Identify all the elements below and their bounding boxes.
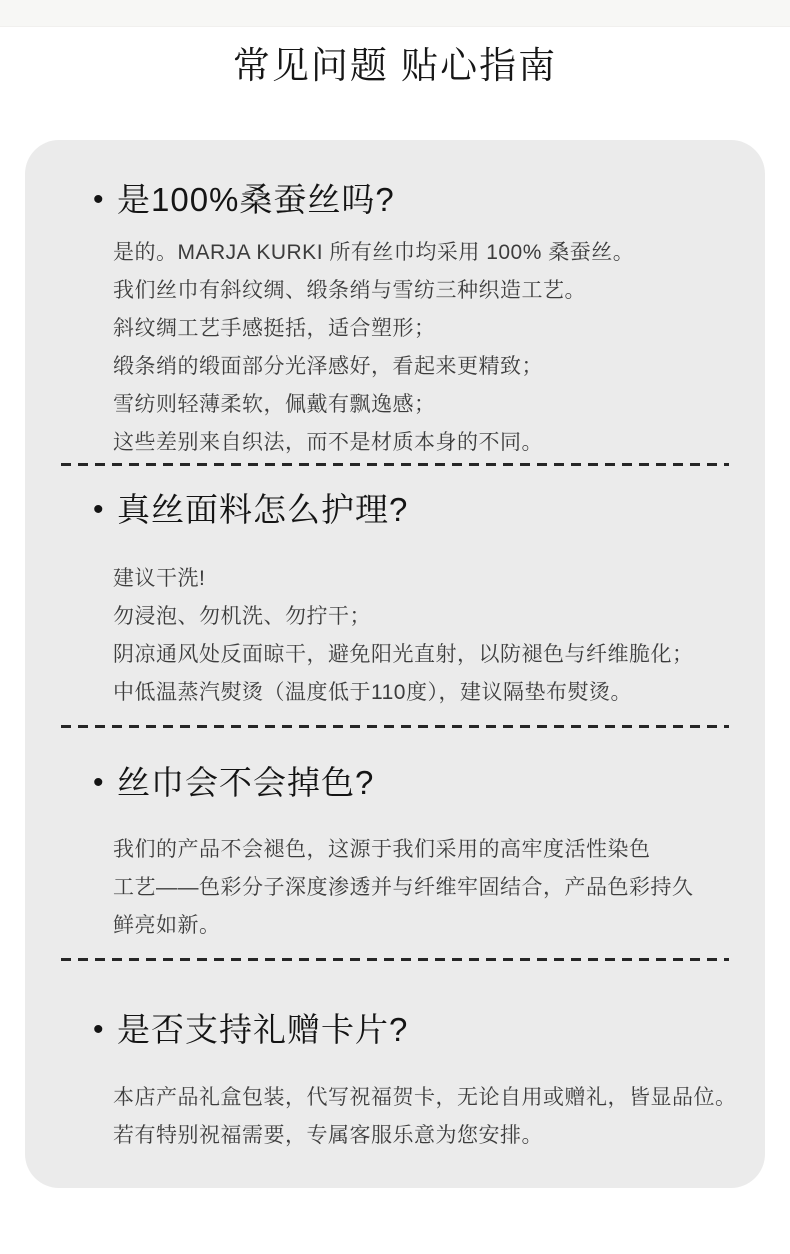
answer-line: 斜纹绸工艺手感挺括，适合塑形； (113, 310, 727, 348)
dashed-divider (61, 725, 729, 728)
dashed-divider (61, 463, 729, 466)
bullet-icon: • (93, 765, 117, 801)
bullet-icon: • (93, 1012, 117, 1048)
answer-line: 本店产品礼盒包装，代写祝福贺卡，无论自用或赠礼，皆显品位。 (113, 1079, 727, 1117)
question-text: 是否支持礼赠卡片? (117, 1012, 408, 1048)
faq-answer: 建议干洗! 勿浸泡、勿机洗、勿拧干； 阴凉通风处反面晾干，避免阳光直射，以防褪色… (93, 560, 727, 712)
question-text: 是100%桑蚕丝吗? (117, 182, 395, 218)
answer-line: 建议干洗! (113, 560, 727, 598)
answer-line: 工艺——色彩分子深度渗透并与纤维牢固结合，产品色彩持久 (113, 869, 727, 907)
answer-line: 我们的产品不会褪色，这源于我们采用的高牢度活性染色 (113, 831, 727, 869)
question-text: 真丝面料怎么护理? (117, 492, 408, 528)
answer-line: 鲜亮如新。 (113, 907, 727, 945)
faq-answer: 我们的产品不会褪色，这源于我们采用的高牢度活性染色 工艺——色彩分子深度渗透并与… (93, 831, 727, 945)
answer-line: 缎条绡的缎面部分光泽感好，看起来更精致； (113, 348, 727, 386)
answer-line: 若有特别祝福需要，专属客服乐意为您安排。 (113, 1117, 727, 1155)
previous-section-edge (0, 0, 790, 27)
faq-question: • 是否支持礼赠卡片? (93, 1012, 727, 1048)
faq-section-care: • 真丝面料怎么护理? 建议干洗! 勿浸泡、勿机洗、勿拧干； 阴凉通风处反面晾干… (93, 492, 727, 712)
bullet-icon: • (93, 492, 117, 528)
answer-line: 阴凉通风处反面晾干，避免阳光直射，以防褪色与纤维脆化； (113, 636, 727, 674)
faq-section-silk-material: • 是100%桑蚕丝吗? 是的。MARJA KURKI 所有丝巾均采用 100%… (93, 182, 727, 462)
faq-section-gift-card: • 是否支持礼赠卡片? 本店产品礼盒包装，代写祝福贺卡，无论自用或赠礼，皆显品位… (93, 1012, 727, 1155)
faq-card: • 是100%桑蚕丝吗? 是的。MARJA KURKI 所有丝巾均采用 100%… (25, 140, 765, 1188)
answer-line: 这些差别来自织法，而不是材质本身的不同。 (113, 424, 727, 462)
faq-question: • 丝巾会不会掉色? (93, 765, 727, 801)
faq-section-color-fastness: • 丝巾会不会掉色? 我们的产品不会褪色，这源于我们采用的高牢度活性染色 工艺—… (93, 765, 727, 945)
answer-line: 勿浸泡、勿机洗、勿拧干； (113, 598, 727, 636)
faq-answer: 本店产品礼盒包装，代写祝福贺卡，无论自用或赠礼，皆显品位。 若有特别祝福需要，专… (93, 1079, 727, 1155)
answer-line: 雪纺则轻薄柔软，佩戴有飘逸感； (113, 386, 727, 424)
answer-line: 我们丝巾有斜纹绸、缎条绡与雪纺三种织造工艺。 (113, 272, 727, 310)
answer-line: 是的。MARJA KURKI 所有丝巾均采用 100% 桑蚕丝。 (113, 234, 727, 272)
question-text: 丝巾会不会掉色? (117, 765, 374, 801)
faq-answer: 是的。MARJA KURKI 所有丝巾均采用 100% 桑蚕丝。 我们丝巾有斜纹… (93, 234, 727, 462)
bullet-icon: • (93, 182, 117, 218)
page-title: 常见问题 贴心指南 (0, 42, 790, 90)
dashed-divider (61, 958, 729, 961)
answer-line: 中低温蒸汽熨烫（温度低于110度），建议隔垫布熨烫。 (113, 674, 727, 712)
faq-question: • 是100%桑蚕丝吗? (93, 182, 727, 218)
faq-question: • 真丝面料怎么护理? (93, 492, 727, 528)
